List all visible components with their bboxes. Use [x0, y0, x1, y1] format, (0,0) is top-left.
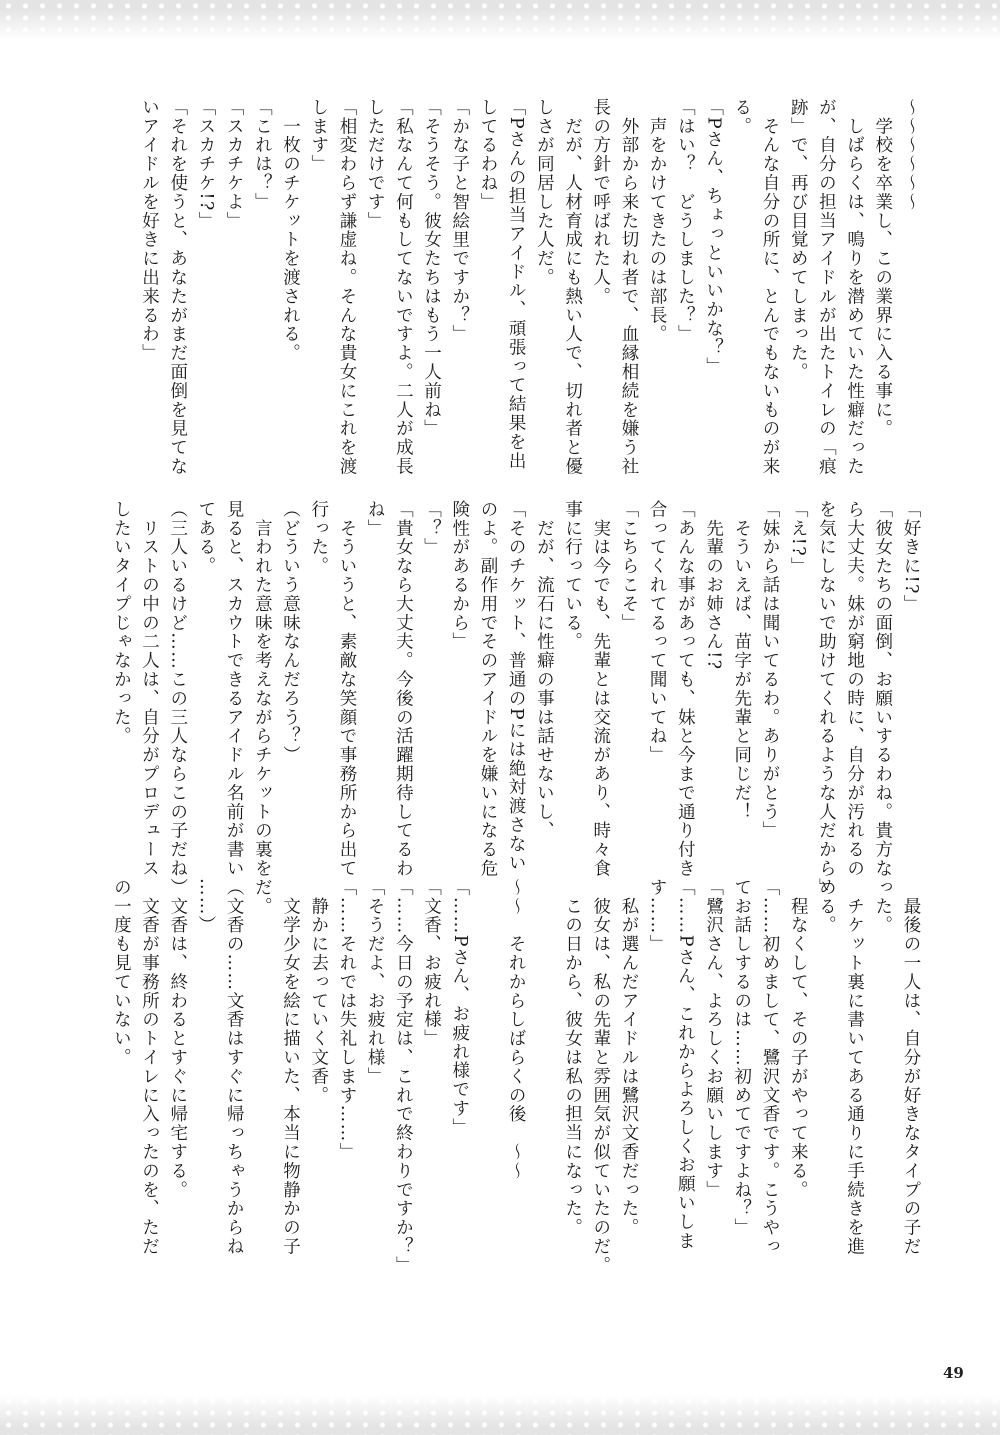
text-line: 跡」で、再び目覚めてしまった。	[784, 98, 812, 468]
text-line: 「……Pさん、お疲れ様です」	[446, 878, 474, 1248]
text-line: （どういう意味なんだろう？）	[276, 500, 304, 860]
text-line: 外部から来た切れ者で、血縁相続を嫌う社	[615, 98, 643, 468]
text-band-bottom: 最後の一人は、自分が好きなタイプの子だった。 チケット裏に書いてある通りに手続き…	[95, 878, 925, 1248]
page-number: 49	[943, 1364, 964, 1382]
text-line: 「私なんて何もしてないですよ。二人が成長	[389, 98, 417, 468]
text-line: 「鷺沢さん、よろしくお願いします」	[699, 878, 727, 1248]
text-line: 私が選んだアイドルは鷺沢文香だった。	[615, 878, 643, 1248]
text-line: 「……今日の予定は、これで終わりですか？」	[389, 878, 417, 1248]
text-line: 「かな子と智絵里ですか？」	[446, 98, 474, 468]
text-line: 「相変わらず謙虚ね。そんな貴女にこれを渡	[333, 98, 361, 468]
bottom-dotted-border	[0, 1395, 1000, 1435]
text-line: 「文香、お疲れ様」	[417, 878, 445, 1248]
text-line: だが、流石に性癖の事は話せないし、	[530, 500, 558, 860]
text-line: （三人いるけど……この三人ならこの子だね）	[164, 500, 192, 860]
text-line: 一枚のチケットを渡される。	[276, 98, 304, 468]
top-dotted-border	[0, 0, 1000, 40]
text-line: める。	[812, 878, 840, 1248]
text-line: 実は今でも、先輩とは交流があり、時々食	[587, 500, 615, 860]
text-line: 声をかけてきたのは部長。	[643, 98, 671, 468]
text-line: しただけです」	[361, 98, 389, 468]
text-line: 見ると、スカウトできるアイドル名前が書い	[220, 500, 248, 860]
text-line: だ。	[248, 878, 276, 1248]
text-line: リストの中の二人は、自分がプロデュース	[135, 500, 163, 860]
text-line: だが、人材育成にも熱い人で、切れ者と優	[558, 98, 586, 468]
text-line: 「貴女なら大丈夫。今後の活躍期待してるわ	[389, 500, 417, 860]
text-line: 「彼女たちの面倒、お願いするわね。貴方な	[869, 500, 897, 860]
text-line: チケット裏に書いてある通りに手続きを進	[840, 878, 868, 1248]
text-line: 最後の一人は、自分が好きなタイプの子だ	[897, 878, 925, 1248]
text-line: 「妹から話は聞いてるわ。ありがとう」	[756, 500, 784, 860]
text-line: （文香の……文香はすぐに帰っちゃうからね	[220, 878, 248, 1248]
text-line: ……）	[192, 878, 220, 1248]
text-line: 「そうそう。彼女たちはもう一人前ね」	[417, 98, 445, 468]
text-line: 「……それでは失礼します……」	[333, 878, 361, 1248]
text-line: 言われた意味を考えながらチケットの裏を	[248, 500, 276, 860]
text-line: を気にしないで助けてくれるような人だから」	[812, 500, 840, 860]
text-line: しばらくは、鳴りを潜めていた性癖だった	[840, 98, 868, 468]
text-line: 険性があるから」	[446, 500, 474, 860]
text-line: 文香が事務所のトイレに入ったのを、ただ	[135, 878, 163, 1248]
text-line: いアイドルを好きに出来るわ」	[135, 98, 163, 468]
text-line: 彼女は、私の先輩と雰囲気が似ていたのだ。	[587, 878, 615, 1248]
text-line: そういうと、素敵な笑顔で事務所から出て	[333, 500, 361, 860]
text-line: 「こちらこそ」	[615, 500, 643, 860]
text-line: 先輩のお姉さん!?	[699, 500, 727, 860]
text-line: そういえば、苗字が先輩と同じだ！	[728, 500, 756, 860]
text-line: る。	[728, 98, 756, 468]
text-line: てある。	[192, 500, 220, 860]
text-band-middle: 「好きに!?」「彼女たちの面倒、お願いするわね。貴方なら大丈夫。妹が窮地の時に、…	[95, 500, 925, 860]
text-line: てお話しするのは……初めてですよね？」	[728, 878, 756, 1248]
text-line	[474, 878, 502, 1248]
text-line: 「そうだよ、お疲れ様」	[361, 878, 389, 1248]
text-line: したいタイプじゃなかった。	[107, 500, 135, 860]
text-line: してるわね」	[474, 98, 502, 468]
text-line: 合ってくれてるって聞いてね」	[643, 500, 671, 860]
text-line: 「好きに!?」	[897, 500, 925, 860]
text-line: します」	[305, 98, 333, 468]
text-line: す……」	[643, 878, 671, 1248]
text-line: 「そのチケット、普通のPには絶対渡さない	[502, 500, 530, 860]
text-line: った。	[869, 878, 897, 1248]
text-line: 行った。	[305, 500, 333, 860]
text-line: 文学少女を絵に描いた、本当に物静かの子	[276, 878, 304, 1248]
text-line: ら大丈夫。妹が窮地の時に、自分が汚れるの	[840, 500, 868, 860]
text-line: 「それを使うと、あなたがまだ面倒を見てな	[164, 98, 192, 468]
text-line: この日から、彼女は私の担当になった。	[558, 878, 586, 1248]
text-line: しさが同居した人だ。	[530, 98, 558, 468]
text-line: そんな自分の所に、とんでもないものが来	[756, 98, 784, 468]
text-line: が、自分の担当アイドルが出たトイレの「痕	[812, 98, 840, 468]
text-line: 「Pさん、ちょっといいかな？」	[699, 98, 727, 468]
text-line: 「……初めまして、鷺沢文香です。こうやっ	[756, 878, 784, 1248]
text-line: 長の方針で呼ばれた人。	[587, 98, 615, 468]
text-line: 「……Pさん、これからよろしくお願いしま	[671, 878, 699, 1248]
text-line	[530, 878, 558, 1248]
text-line: の一度も見ていない。	[107, 878, 135, 1248]
text-line: 学校を卒業し、この業界に入る事に。	[869, 98, 897, 468]
text-line: 「これは？」	[248, 98, 276, 468]
text-line: 「Pさんの担当アイドル、頑張って結果を出	[502, 98, 530, 468]
text-line: のよ。副作用でそのアイドルを嫌いになる危	[474, 500, 502, 860]
text-line: 「スカチケ!?」	[192, 98, 220, 468]
text-line: 静かに去っていく文香。	[305, 878, 333, 1248]
text-band-top: ～～～～～～ 学校を卒業し、この業界に入る事に。 しばらくは、鳴りを潜めていた性…	[95, 98, 925, 468]
text-line: 程なくして、その子がやって来る。	[784, 878, 812, 1248]
text-line: 事に行っている。	[558, 500, 586, 860]
text-line: 「あんな事があっても、妹と今まで通り付き	[671, 500, 699, 860]
text-line: 「スカチケよ」	[220, 98, 248, 468]
text-line: 「え!?」	[784, 500, 812, 860]
text-line: 「はい？ どうしました？」	[671, 98, 699, 468]
text-line: 文香は、終わるとすぐに帰宅する。	[164, 878, 192, 1248]
text-line: 「？」	[417, 500, 445, 860]
text-line: ～～～～～～	[897, 98, 925, 468]
text-line: ね」	[361, 500, 389, 860]
text-line: ～～ それからしばらくの後 ～～	[502, 878, 530, 1248]
